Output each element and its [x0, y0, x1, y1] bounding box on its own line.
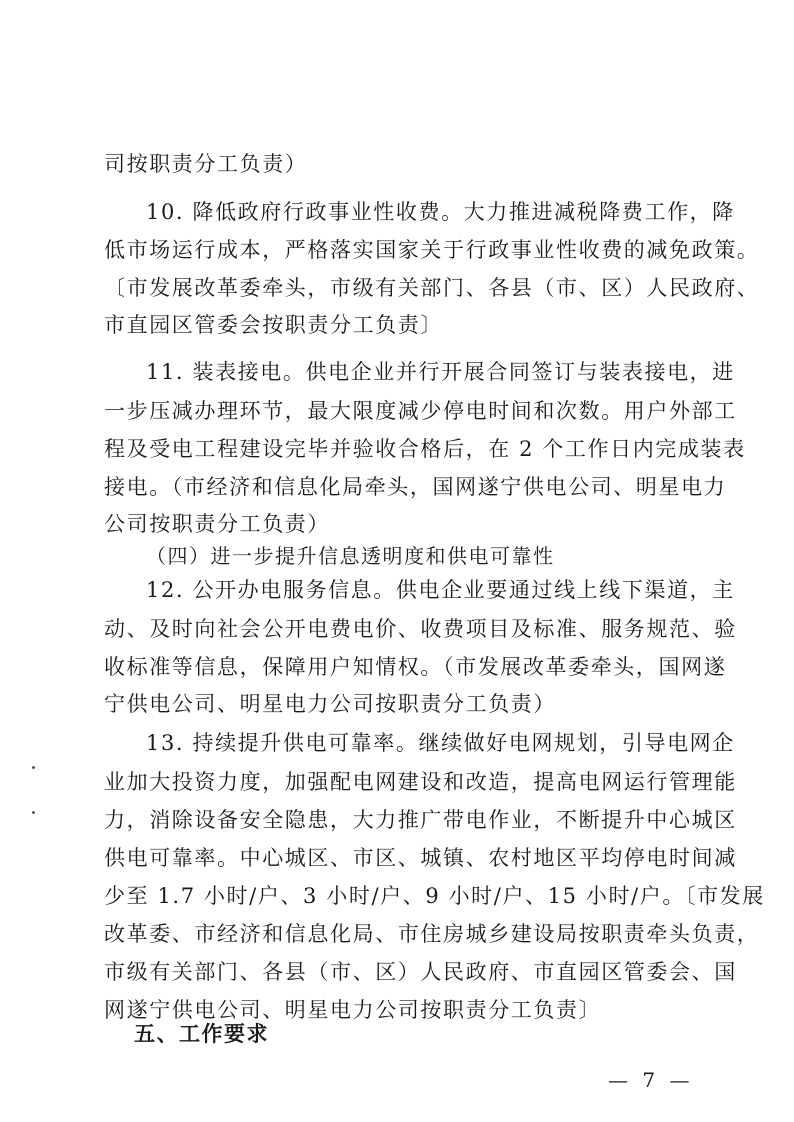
- text-line: 改革委、市经济和信息化局、市住房城乡建设局按职责牵头负责，: [104, 922, 704, 946]
- section-heading-5: 五、工作要求: [134, 1018, 269, 1048]
- item-10-title: 10. 降低政府行政事业性收费。大力推进减税降费工作，降: [146, 200, 704, 224]
- item-12-title: 12. 公开办电服务信息。供电企业要通过线上线下渠道，主: [146, 578, 704, 602]
- text-line: 低市场运行成本，严格落实国家关于行政事业性收费的减免政策。: [104, 238, 704, 262]
- margin-dot: [32, 811, 35, 814]
- text-line: 市直园区管委会按职责分工负责〕: [104, 313, 704, 337]
- text-line: 宁供电公司、明星电力公司按职责分工负责）: [104, 692, 704, 716]
- text-line: 力，消除设备安全隐患，大力推广带电作业，不断提升中心城区: [104, 808, 704, 832]
- text-line: 程及受电工程建设完毕并验收合格后，在 2 个工作日内完成装表: [104, 437, 704, 461]
- page-number: — 7 —: [608, 1068, 693, 1092]
- text-line: 收标准等信息，保障用户知情权。（市发展改革委牵头，国网遂: [104, 655, 704, 679]
- section-heading-4: （四）进一步提升信息透明度和供电可靠性: [146, 540, 555, 569]
- text-line: 少至 1.7 小时/户、3 小时/户、9 小时/户、15 小时/户。〔市发展: [104, 884, 704, 908]
- text-line: 供电可靠率。中心城区、市区、城镇、农村地区平均停电时间减: [104, 846, 704, 870]
- text-line: 司按职责分工负责）: [104, 152, 704, 176]
- item-11-title: 11. 装表接电。供电企业并行开展合同签订与装表接电，进: [146, 360, 704, 384]
- text-line: 〔市发展改革委牵头，市级有关部门、各县（市、区）人民政府、: [104, 276, 704, 300]
- text-line: 业加大投资力度，加强配电网建设和改造，提高电网运行管理能: [104, 770, 704, 794]
- document-page: 司按职责分工负责） 10. 降低政府行政事业性收费。大力推进减税降费工作，降 低…: [0, 0, 794, 1122]
- text-line: 动、及时向社会公开电费电价、收费项目及标准、服务规范、验: [104, 617, 704, 641]
- margin-dot: [32, 766, 35, 769]
- item-13-title: 13. 持续提升供电可靠率。继续做好电网规划，引导电网企: [146, 731, 704, 755]
- text-line: 公司按职责分工负责）: [104, 512, 704, 536]
- text-line: 一步压减办理环节，最大限度减少停电时间和次数。用户外部工: [104, 399, 704, 423]
- text-line: 接电。（市经济和信息化局牵头，国网遂宁供电公司、明星电力: [104, 475, 704, 499]
- text-line: 市级有关部门、各县（市、区）人民政府、市直园区管委会、国: [104, 960, 704, 984]
